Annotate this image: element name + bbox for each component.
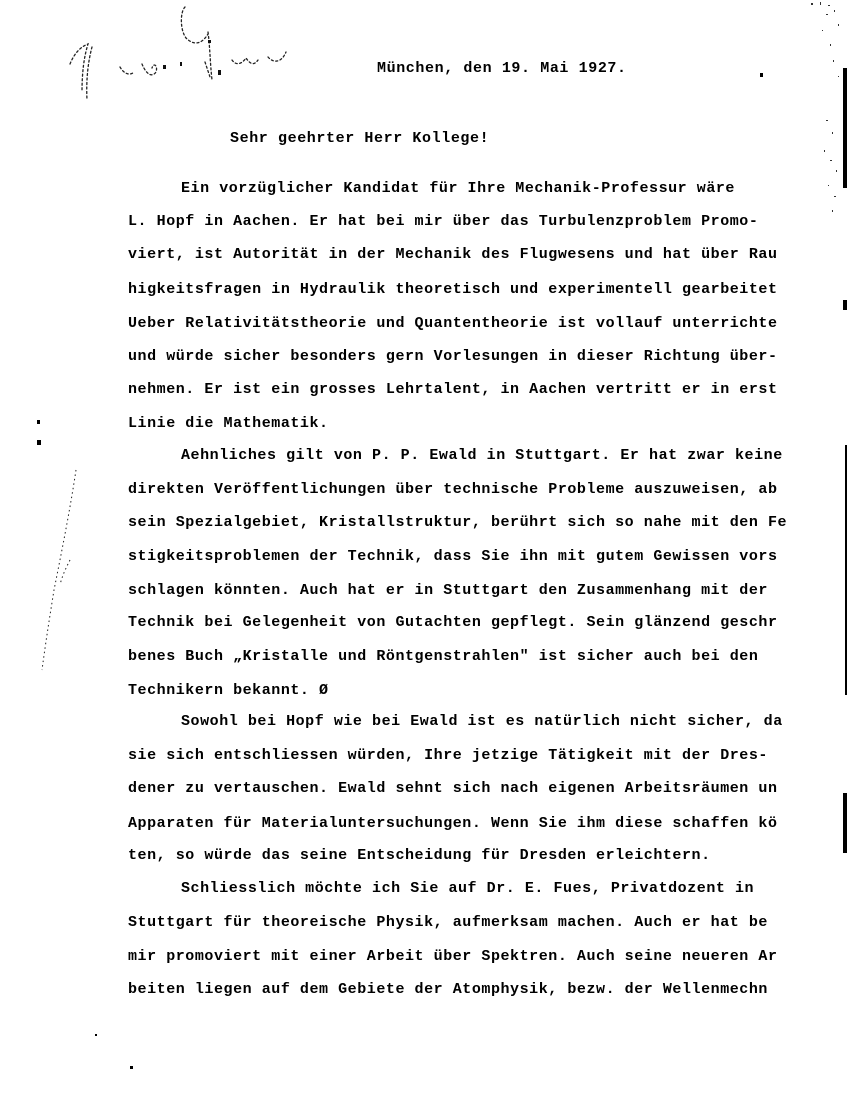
scan-edge-mark: [843, 793, 847, 853]
letter-line: benes Buch „Kristalle und Röntgenstrahle…: [128, 648, 758, 666]
letter-line: Technikern bekannt. Ø: [128, 682, 329, 700]
dateline: München, den 19. Mai 1927.: [377, 60, 627, 77]
letter-line: Linie die Mathematik.: [128, 415, 329, 433]
scan-edge-mark: [843, 300, 847, 310]
letter-line: und würde sicher besonders gern Vorlesun…: [128, 348, 778, 366]
letter-line: nehmen. Er ist ein grosses Lehrtalent, i…: [128, 381, 778, 399]
letter-line: Sowohl bei Hopf wie bei Ewald ist es nat…: [181, 713, 783, 731]
letter-line: Apparaten für Materialuntersuchungen. We…: [128, 815, 778, 833]
scan-edge-mark: [845, 445, 847, 695]
letter-line: Aehnliches gilt von P. P. Ewald in Stutt…: [181, 447, 783, 465]
handwritten-signature: [60, 2, 300, 107]
ink-speck: [37, 420, 40, 424]
letter-line: Technik bei Gelegenheit von Gutachten ge…: [128, 614, 778, 632]
ink-speck: [95, 1034, 97, 1036]
scan-noise: [808, 0, 848, 220]
letter-line: L. Hopf in Aachen. Er hat bei mir über d…: [128, 213, 758, 231]
letter-line: sie sich entschliessen würden, Ihre jetz…: [128, 747, 768, 765]
letter-line: beiten liegen auf dem Gebiete der Atomph…: [128, 981, 768, 999]
ink-speck: [130, 1066, 133, 1069]
margin-pencil-mark: [10, 440, 90, 680]
letter-line: viert, ist Autorität in der Mechanik des…: [128, 246, 778, 264]
ink-speck: [760, 73, 763, 77]
letter-line: sein Spezialgebiet, Kristallstruktur, be…: [128, 514, 787, 532]
letter-line: higkeitsfragen in Hydraulik theoretisch …: [128, 281, 778, 299]
letter-line: ten, so würde das seine Entscheidung für…: [128, 847, 711, 865]
letter-line: direkten Veröffentlichungen über technis…: [128, 481, 778, 499]
letter-page: München, den 19. Mai 1927. Sehr geehrter…: [0, 0, 850, 1099]
letter-line: Ein vorzüglicher Kandidat für Ihre Mecha…: [181, 180, 735, 198]
letter-line: schlagen könnten. Auch hat er in Stuttga…: [128, 582, 768, 600]
letter-line: Stuttgart für theoreische Physik, aufmer…: [128, 914, 768, 932]
letter-line: Ueber Relativitätstheorie und Quantenthe…: [128, 315, 778, 333]
letter-line: mir promoviert mit einer Arbeit über Spe…: [128, 948, 778, 966]
letter-line: dener zu vertauschen. Ewald sehnt sich n…: [128, 780, 778, 798]
letter-line: stigkeitsproblemen der Technik, dass Sie…: [128, 548, 778, 566]
signature-scrawl-icon: [60, 2, 300, 107]
letter-line: Schliesslich möchte ich Sie auf Dr. E. F…: [181, 880, 754, 898]
salutation: Sehr geehrter Herr Kollege!: [230, 130, 489, 147]
